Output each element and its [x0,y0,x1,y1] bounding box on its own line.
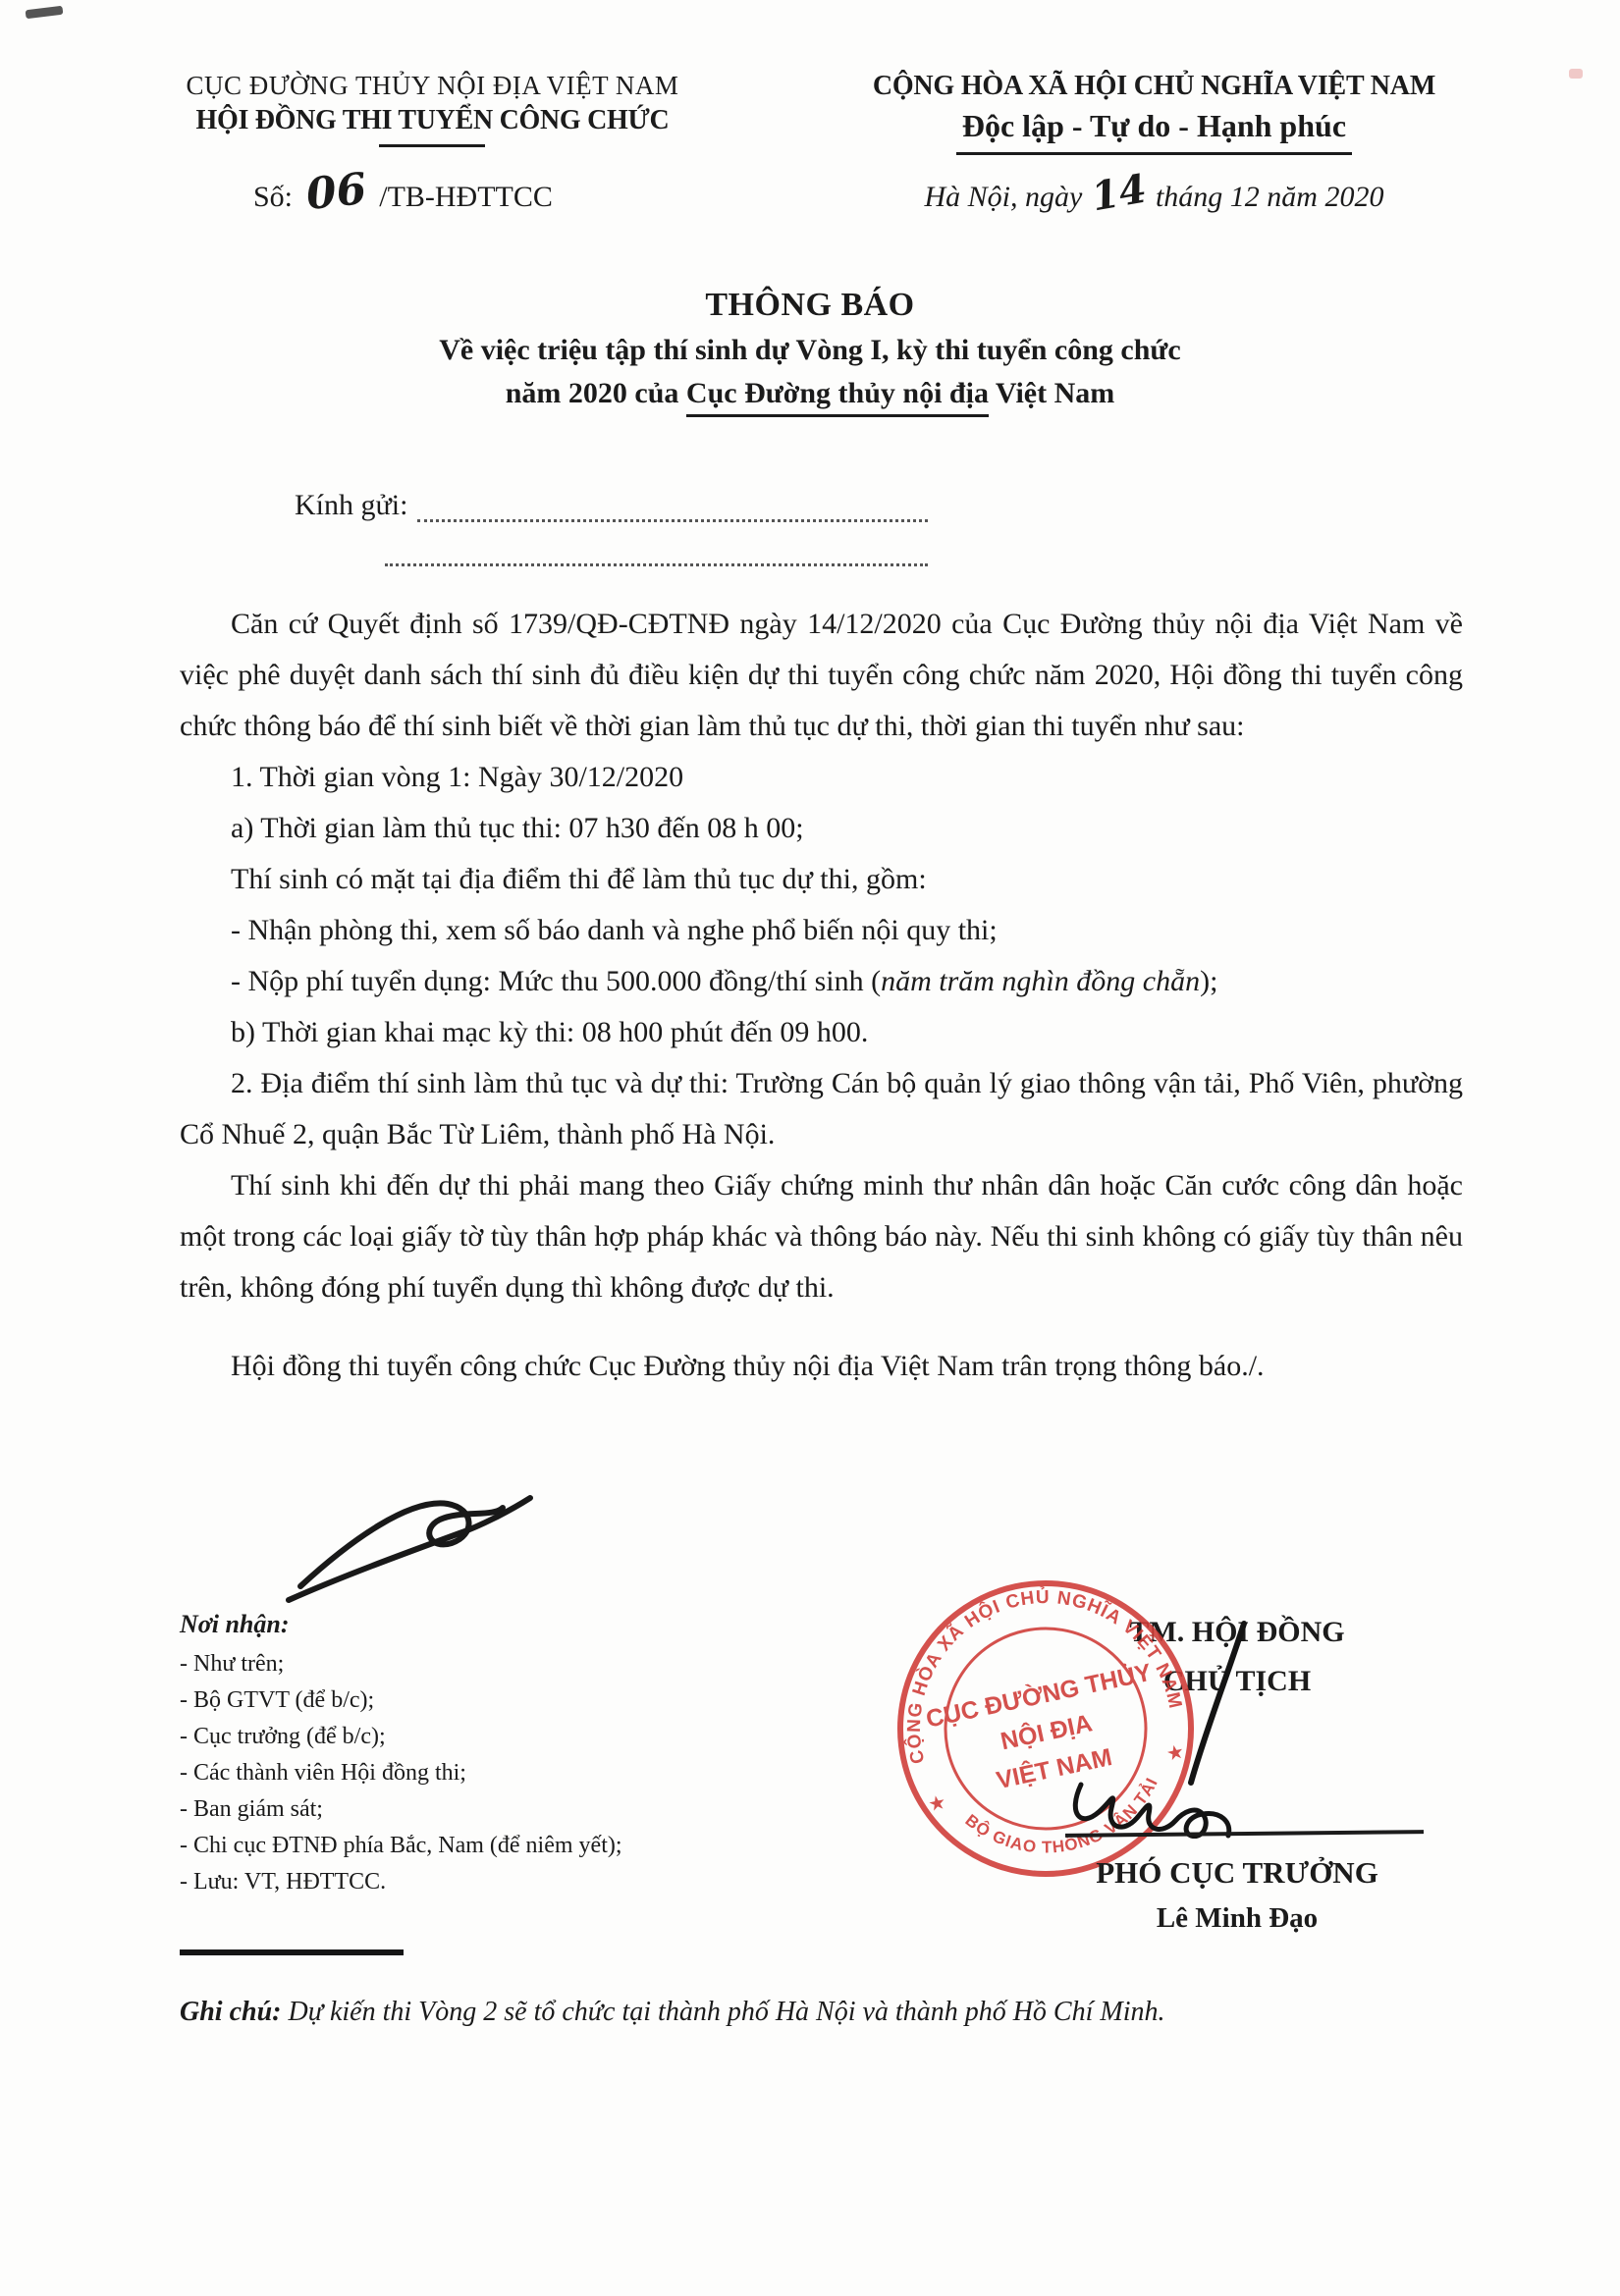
title-subject-line1: Về việc triệu tập thí sinh dự Vòng I, kỳ… [0,334,1620,367]
item-1-round1-date: 1. Thời gian vòng 1: Ngày 30/12/2020 [180,752,1463,803]
title-sub2-underlined: Cục Đường thủy nội địa [686,377,989,417]
doc-number-prefix: Số: [253,181,293,213]
header-left-underline [379,144,485,147]
pen-flourish-mark [283,1470,567,1608]
fee-amount-in-words: năm trăm nghìn đồng chẵn [881,965,1200,997]
date-prefix: Hà Nội, ngày [924,181,1082,213]
handwritten-signature [1036,1618,1340,1839]
date-suffix: tháng 12 năm 2020 [1156,181,1384,213]
scan-artifact [1569,69,1583,79]
recipients-block: Nơi nhận: - Như trên; - Bộ GTVT (để b/c)… [180,1606,622,1900]
recipients-label: Nơi nhận: [180,1606,622,1642]
paragraph-id-requirements: Thí sinh khi đến dự thi phải mang theo G… [180,1160,1463,1313]
footnote: Ghi chú: Dự kiến thi Vòng 2 sẽ tổ chức t… [180,1997,1485,2028]
header-left-block: CỤC ĐƯỜNG THỦY NỘI ĐỊA VIỆT NAM HỘI ĐỒNG… [93,71,772,214]
scan-artifact [26,6,64,20]
recipient-item: - Ban giám sát; [180,1791,622,1828]
signer-name: Lê Minh Đạo [943,1902,1532,1935]
item-a-procedure-time: a) Thời gian làm thủ tục thi: 07 h30 đến… [180,803,1463,854]
paragraph-legal-basis: Căn cứ Quyết định số 1739/QĐ-CĐTNĐ ngày … [180,599,1463,752]
salutation-block: Kính gửi: [295,489,928,566]
date-day-handwritten: 14 [1090,188,1148,198]
dash-item-fee: - Nộp phí tuyển dụng: Mức thu 500.000 đồ… [180,956,1463,1007]
signer-block: PHÓ CỤC TRƯỞNG Lê Minh Đạo [943,1855,1532,1935]
recipient-item: - Cục trưởng (để b/c); [180,1719,622,1755]
document-type-heading: THÔNG BÁO [0,287,1620,324]
footnote-label: Ghi chú: [180,1997,281,2027]
national-motto-line2: Độc lập - Tự do - Hạnh phúc [956,108,1352,155]
national-motto-line1: CỘNG HÒA XÃ HỘI CHỦ NGHĨA VIỆT NAM [772,71,1537,102]
issuing-council: HỘI ĐỒNG THI TUYỂN CÔNG CHỨC [93,105,772,136]
item-2-location: 2. Địa điểm thí sinh làm thủ tục và dự t… [180,1058,1463,1160]
header-right-block: CỘNG HÒA XÃ HỘI CHỦ NGHĨA VIỆT NAM Độc l… [772,71,1537,214]
title-block: THÔNG BÁO Về việc triệu tập thí sinh dự … [0,287,1620,410]
title-subject-line2: năm 2020 của Cục Đường thủy nội địa Việt… [0,377,1620,410]
document-header: CỤC ĐƯỜNG THỦY NỘI ĐỊA VIỆT NAM HỘI ĐỒNG… [93,71,1537,214]
recipient-item: - Các thành viên Hội đồng thi; [180,1755,622,1791]
dash-item-room-assignment: - Nhận phòng thi, xem số báo danh và ngh… [180,905,1463,956]
recipient-item: - Chi cục ĐTNĐ phía Bắc, Nam (để niêm yế… [180,1828,622,1864]
document-number-line: Số: 06 /TB-HĐTTCC [93,181,713,214]
stamp-star-left: ★ [926,1791,947,1816]
item-b-opening-time: b) Thời gian khai mạc kỳ thi: 08 h00 phú… [180,1007,1463,1058]
salutation-label: Kính gửi: [295,489,407,522]
issuing-agency: CỤC ĐƯỜNG THỦY NỘI ĐỊA VIỆT NAM [93,71,772,101]
document-body: Căn cứ Quyết định số 1739/QĐ-CĐTNĐ ngày … [180,599,1463,1392]
item-a-presence-note: Thí sinh có mặt tại địa điểm thi để làm … [180,854,1463,905]
title-sub2-prefix: năm 2020 của [506,377,686,409]
recipient-item: - Như trên; [180,1646,622,1682]
doc-number-suffix: /TB-HĐTTCC [379,181,553,213]
fee-text: - Nộp phí tuyển dụng: Mức thu 500.000 đồ… [231,965,881,997]
document-page: CỤC ĐƯỜNG THỦY NỘI ĐỊA VIỆT NAM HỘI ĐỒNG… [0,0,1620,2296]
footnote-text: Dự kiến thi Vòng 2 sẽ tổ chức tại thành … [281,1997,1164,2027]
fee-text-end: ); [1200,965,1217,997]
recipient-fill-line-2 [385,522,928,566]
national-motto-line2-wrap: Độc lập - Tự do - Hạnh phúc [772,108,1537,155]
title-sub2-suffix: Việt Nam [989,377,1114,409]
date-line: Hà Nội, ngày 14 tháng 12 năm 2020 [772,181,1537,214]
doc-number-handwritten: 06 [300,188,372,196]
recipient-fill-line [417,490,928,522]
signer-title: PHÓ CỤC TRƯỞNG [943,1855,1532,1891]
recipient-item: - Bộ GTVT (để b/c); [180,1682,622,1719]
paragraph-closing: Hội đồng thi tuyển công chức Cục Đường t… [180,1341,1463,1392]
note-divider-line [180,1949,404,1955]
recipient-item: - Lưu: VT, HĐTTCC. [180,1864,622,1900]
